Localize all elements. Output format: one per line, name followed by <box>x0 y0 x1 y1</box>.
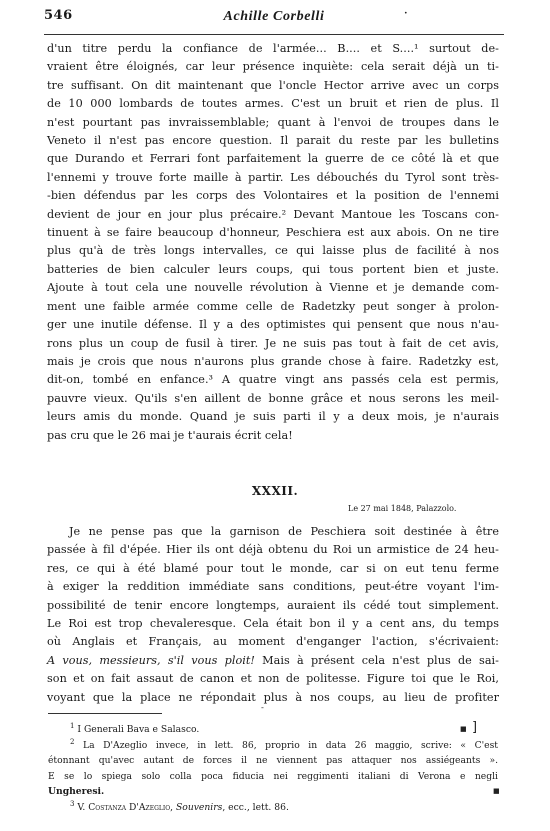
text-line: à exiger la reddition immédiate sans con… <box>47 578 499 596</box>
scan-speck: - <box>261 703 264 712</box>
text-line: voyant que la place ne répondait plus à … <box>47 689 499 707</box>
text-line: Ajoute à tout cela une nouvelle révoluti… <box>47 279 499 297</box>
scan-speck: ■ <box>493 787 500 795</box>
letter-continued-paragraph: d'un titre perdu la confiance de l'armée… <box>47 40 499 445</box>
scan-speck: ■ <box>460 725 467 733</box>
text-line: où Anglais et Français, au moment d'enga… <box>47 633 499 651</box>
footnote-text: I Generali Bava e Salasco. <box>74 724 199 735</box>
text-line: passée à fil d'épée. Hier ils ont déjà o… <box>47 541 499 559</box>
text-line: ger une inutile défense. Il y a des opti… <box>47 316 499 334</box>
header-rule <box>44 34 504 35</box>
text-after-quote: Mais à présent cela n'est plus de sai- <box>255 654 499 667</box>
running-title: Achille Corbelli <box>44 9 504 25</box>
text-line: devient de jour en jour plus précaire.² … <box>47 206 499 224</box>
section-heading: XXXII. <box>0 484 550 498</box>
text-line: vraient être éloignés, car leur présence… <box>47 58 499 76</box>
footnote-1: 1 I Generali Bava e Salasco. <box>48 722 498 738</box>
italic-quote: A vous, messieurs, s'il vous ploit! <box>47 654 255 667</box>
text-line: pas cru que le 26 mai je t'aurais écrit … <box>47 427 499 445</box>
letter-dateline: Le 27 mai 1848, Palazzolo. <box>348 504 456 513</box>
footnote-2-line: 2 La D'Azeglio invece, in lett. 86, prop… <box>48 738 498 754</box>
scan-speck: • <box>404 10 408 17</box>
text-line: tinuent à se faire beaucoup d'honneur, P… <box>47 224 499 242</box>
text-line: possibilité de tenir encore longtemps, a… <box>47 597 499 615</box>
text-line: mais je crois que nous n'aurons plus gra… <box>47 353 499 371</box>
text-line: de 10 000 lombards de toutes armes. C'es… <box>47 95 499 113</box>
footnote-3: 3 V. Costanza D'Azeglio, Souvenirs, ecc.… <box>48 800 498 816</box>
footnote-2-line: étonnant qu'avec autant de forces il ne … <box>48 753 498 769</box>
text-line: leurs amis du monde. Quand je suis parti… <box>47 408 499 426</box>
text-line: que Durando et Ferrari font parfaitement… <box>47 150 499 168</box>
footnote-text: La D'Azeglio invece, in lett. 86, propri… <box>74 740 498 751</box>
footnote-text: , ecc., lett. 86. <box>222 802 289 813</box>
footnote-text: V. <box>74 802 88 813</box>
footnote-rule <box>48 713 162 714</box>
text-line: son et on fait assaut de canon et non de… <box>47 670 499 688</box>
text-line: pauvre vieux. Qu'ils s'en aillent de bon… <box>47 390 499 408</box>
text-line-with-quote: A vous, messieurs, s'il vous ploit! Mais… <box>47 652 499 670</box>
text-line: dit-on, tombé en enfance.³ A quatre ving… <box>47 371 499 389</box>
footnote-2-line: Ungheresi. <box>48 784 498 800</box>
book-page: 546 Achille Corbelli d'un titre perdu la… <box>0 0 550 831</box>
text-line: Je ne pense pas que la garnison de Pesch… <box>47 523 499 541</box>
scan-bracket-mark: ] <box>472 720 477 735</box>
text-line: Le Roi est trop chevaleresque. Cela étai… <box>47 615 499 633</box>
text-line: res, ce qui à été blamé pour tout le mon… <box>47 560 499 578</box>
text-line: l'ennemi y trouve forte maille à partir.… <box>47 169 499 187</box>
text-line: rons plus un coup de fusil à tirer. Je n… <box>47 335 499 353</box>
text-line: n'est pourtant pas invraissemblable; qua… <box>47 114 499 132</box>
footnotes: 1 I Generali Bava e Salasco. 2 La D'Azeg… <box>48 722 498 816</box>
text-line: Veneto il n'est pas encore question. Il … <box>47 132 499 150</box>
footnote-work-title: Souvenirs <box>176 802 222 813</box>
text-line: tre suffisant. On dit maintenant que l'o… <box>47 77 499 95</box>
footnote-author: Costanza D'Azeglio <box>88 802 170 813</box>
text-line: ment une faible armée comme celle de Rad… <box>47 298 499 316</box>
text-line: -bien défendus par les corps des Volonta… <box>47 187 499 205</box>
running-head: 546 Achille Corbelli <box>44 8 504 28</box>
text-line: batteries de bien calculer leurs coups, … <box>47 261 499 279</box>
text-line: d'un titre perdu la confiance de l'armée… <box>47 40 499 58</box>
text-line: plus qu'à de très longs intervalles, ce … <box>47 242 499 260</box>
footnote-2-line: E se lo spiega solo colla poca fiducia n… <box>48 769 498 785</box>
letter-xxxii-paragraph: Je ne pense pas que la garnison de Pesch… <box>47 523 499 707</box>
